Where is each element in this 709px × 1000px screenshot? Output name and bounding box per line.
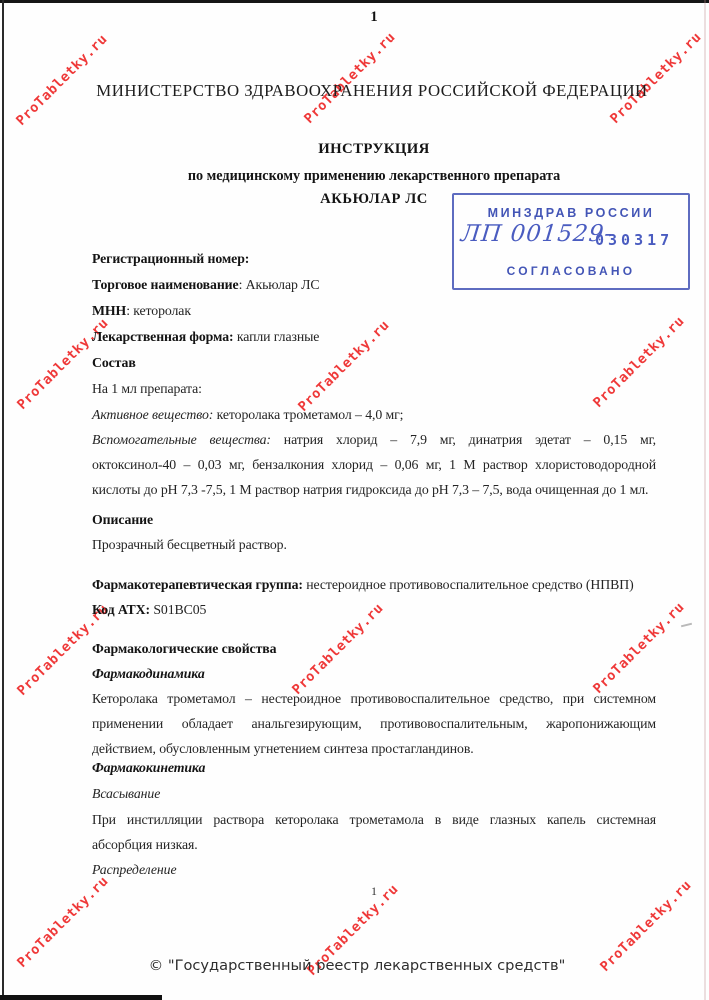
composition-intro: На 1 мл препарата:: [92, 380, 656, 398]
watermark: ProTabletky.ru: [301, 29, 399, 127]
excipients-label: Вспомогательные вещества:: [92, 432, 271, 447]
pharm-group-label: Фармакотерапевтическая группа:: [92, 577, 303, 592]
pharmacodynamics-heading: Фармакодинамика: [92, 665, 656, 683]
active-substance-line: Активное вещество: кеторолака трометамол…: [92, 406, 656, 424]
trade-name-value: : Акьюлар ЛС: [239, 277, 320, 292]
active-substance-value: кеторолака трометамол – 4,0 мг;: [213, 407, 403, 422]
page-top-border: [0, 0, 709, 3]
excipients-value-1: натрия хлорид – 7,9 мг, динатрия эдетат …: [271, 432, 656, 447]
page-number-top: 1: [92, 9, 656, 26]
stamp-date: 030317: [595, 231, 673, 249]
scan-edge-right: [704, 0, 706, 1000]
watermark: ProTabletky.ru: [13, 31, 111, 129]
instruction-title: ИНСТРУКЦИЯ: [92, 141, 656, 158]
field-trade-name: Торговое наименование: Акьюлар ЛС: [92, 276, 656, 294]
trade-name-label: Торговое наименование: [92, 277, 239, 292]
pharmacodynamics-line-1: Кеторолака трометамол – нестероидное про…: [92, 690, 656, 710]
section-pharm-properties-title: Фармакологические свойства: [92, 640, 656, 658]
ministry-title: МИНИСТЕРСТВО ЗДРАВООХРАНЕНИЯ РОССИЙСКОЙ …: [0, 81, 709, 101]
atc-code-value: S01BC05: [150, 602, 206, 617]
stamp-reg-number: ЛП 001529-: [460, 221, 615, 247]
pharmacodynamics-line-2: применении обладает анальгезирующим, про…: [92, 715, 656, 735]
scan-artifact-dash: [681, 623, 692, 628]
absorption-line-1: При инстилляции раствора кеторолака тром…: [92, 811, 656, 831]
pharmacokinetics-heading: Фармакокинетика: [92, 759, 656, 777]
page-number-bottom: 1: [92, 884, 656, 899]
scan-artifact-bar: [0, 995, 162, 1000]
scan-edge-left: [2, 0, 4, 1000]
absorption-heading: Всасывание: [92, 785, 656, 803]
field-reg-number-label: Регистрационный номер:: [92, 250, 656, 268]
instruction-subtitle: по медицинскому применению лекарственног…: [92, 168, 656, 185]
dosage-form-label: Лекарственная форма:: [92, 329, 234, 344]
atc-code-label: Код АТХ:: [92, 602, 150, 617]
distribution-heading: Распределение: [92, 861, 656, 879]
inn-label: МНН: [92, 303, 126, 318]
section-composition-title: Состав: [92, 354, 656, 372]
excipients-line-1: Вспомогательные вещества: натрия хлорид …: [92, 431, 656, 451]
description-text: Прозрачный бесцветный раствор.: [92, 536, 656, 554]
stamp-authority: МИНЗДРАВ РОССИИ: [454, 206, 688, 220]
excipients-line-2: октоксинол-40 – 0,03 мг, бензалкония хло…: [92, 456, 656, 476]
excipients-line-3: кислоты до pH 7,3 -7,5, 1 М раствор натр…: [92, 481, 656, 499]
inn-value: : кеторолак: [126, 303, 191, 318]
field-dosage-form: Лекарственная форма: капли глазные: [92, 328, 656, 346]
active-substance-label: Активное вещество:: [92, 407, 213, 422]
document-page: ProTabletky.ru ProTabletky.ru ProTabletk…: [0, 0, 709, 1000]
pharm-group-value: нестероидное противовоспалительное средс…: [303, 577, 634, 592]
watermark: ProTabletky.ru: [607, 29, 705, 127]
atc-code-line: Код АТХ: S01BC05: [92, 601, 656, 619]
pharm-group-line: Фармакотерапевтическая группа: нестероид…: [92, 576, 656, 594]
footer-copyright: © "Государственный реестр лекарственных …: [30, 957, 684, 974]
field-inn: МНН: кеторолак: [92, 302, 656, 320]
absorption-line-2: абсорбция низкая.: [92, 836, 656, 854]
pharmacodynamics-line-3: действием, обусловленным угнетением синт…: [92, 740, 656, 758]
section-description-title: Описание: [92, 511, 656, 529]
dosage-form-value: капли глазные: [234, 329, 320, 344]
